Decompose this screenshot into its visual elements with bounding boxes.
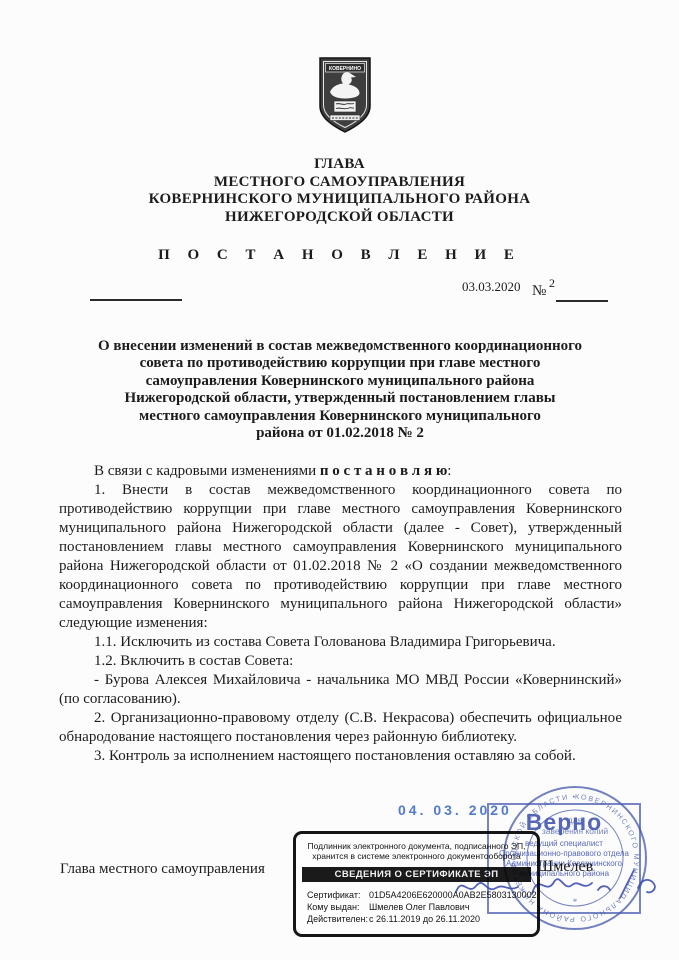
signature-position: Глава местного самоуправления — [60, 861, 265, 878]
seal-center-text: для — [568, 815, 583, 825]
document-number-value: 2 — [549, 276, 555, 291]
paragraph: 2. Организационно-правовому отделу (С.В.… — [59, 709, 622, 747]
seal-center-text: заверения копий — [542, 826, 609, 836]
emblem-title: КОВЕРНИНО — [329, 66, 361, 72]
org-line: ГЛАВА — [0, 156, 679, 174]
paragraph: 1.1. Исключить из состава Совета Голован… — [59, 633, 622, 652]
org-line: КОВЕРНИНСКОГО МУНИЦИПАЛЬНОГО РАЙОНА — [0, 191, 679, 209]
paragraph: 3. Контроль за исполнением настоящего по… — [59, 747, 622, 766]
paragraph: 1. Внести в состав межведомственного коо… — [59, 481, 622, 633]
document-number-sign: № — [532, 283, 546, 300]
paragraph: - Бурова Алексея Михайловича - начальник… — [59, 671, 622, 709]
org-line: НИЖЕГОРОДСКОЙ ОБЛАСТИ — [0, 209, 679, 227]
esign-header-line: хранится в системе электронного документ… — [296, 851, 537, 861]
esign-certificate-bar: СВЕДЕНИЯ О СЕРТИФИКАТЕ ЭП — [302, 867, 531, 882]
document-body: В связи с кадровыми изменениями п о с т … — [59, 462, 622, 766]
org-line: МЕСТНОГО САМОУПРАВЛЕНИЯ — [0, 174, 679, 192]
esign-header-line: Подлинник электронного документа, подпис… — [296, 841, 537, 851]
document-date: 03.03.2020 — [462, 279, 521, 295]
incoming-date-stamp: 04. 03. 2020 — [398, 802, 512, 818]
esign-row: Кому выдан:Шмелев Олег Павлович — [307, 901, 537, 913]
document-page: КОВЕРНИНО ГЛАВА МЕСТНОГО САМОУПРАВЛЕНИЯ … — [0, 0, 679, 960]
esign-row: Сертификат:01D5A4206E620000A0AB2E5803130… — [307, 889, 537, 901]
paragraph: 1.2. Включить в состав Совета: — [59, 652, 622, 671]
document-type-heading: П О С Т А Н О В Л Е Н И Е — [0, 247, 679, 264]
esign-row: Действителен:с 26.11.2019 до 26.11.2020 — [307, 913, 537, 925]
issuing-authority: ГЛАВА МЕСТНОГО САМОУПРАВЛЕНИЯ КОВЕРНИНСК… — [0, 156, 679, 226]
resolve-keyword: п о с т а н о в л я ю — [320, 463, 447, 479]
esign-certificate-box: Подлинник электронного документа, подпис… — [293, 831, 540, 937]
blank-line-right — [556, 300, 608, 302]
kovernino-coat-of-arms-icon: КОВЕРНИНО — [317, 56, 373, 134]
intro-paragraph: В связи с кадровыми изменениями п о с т … — [59, 462, 622, 481]
document-title: О внесении изменений в состав межведомст… — [58, 338, 622, 442]
svg-text:*: * — [573, 897, 578, 907]
blank-line-left — [90, 299, 182, 301]
